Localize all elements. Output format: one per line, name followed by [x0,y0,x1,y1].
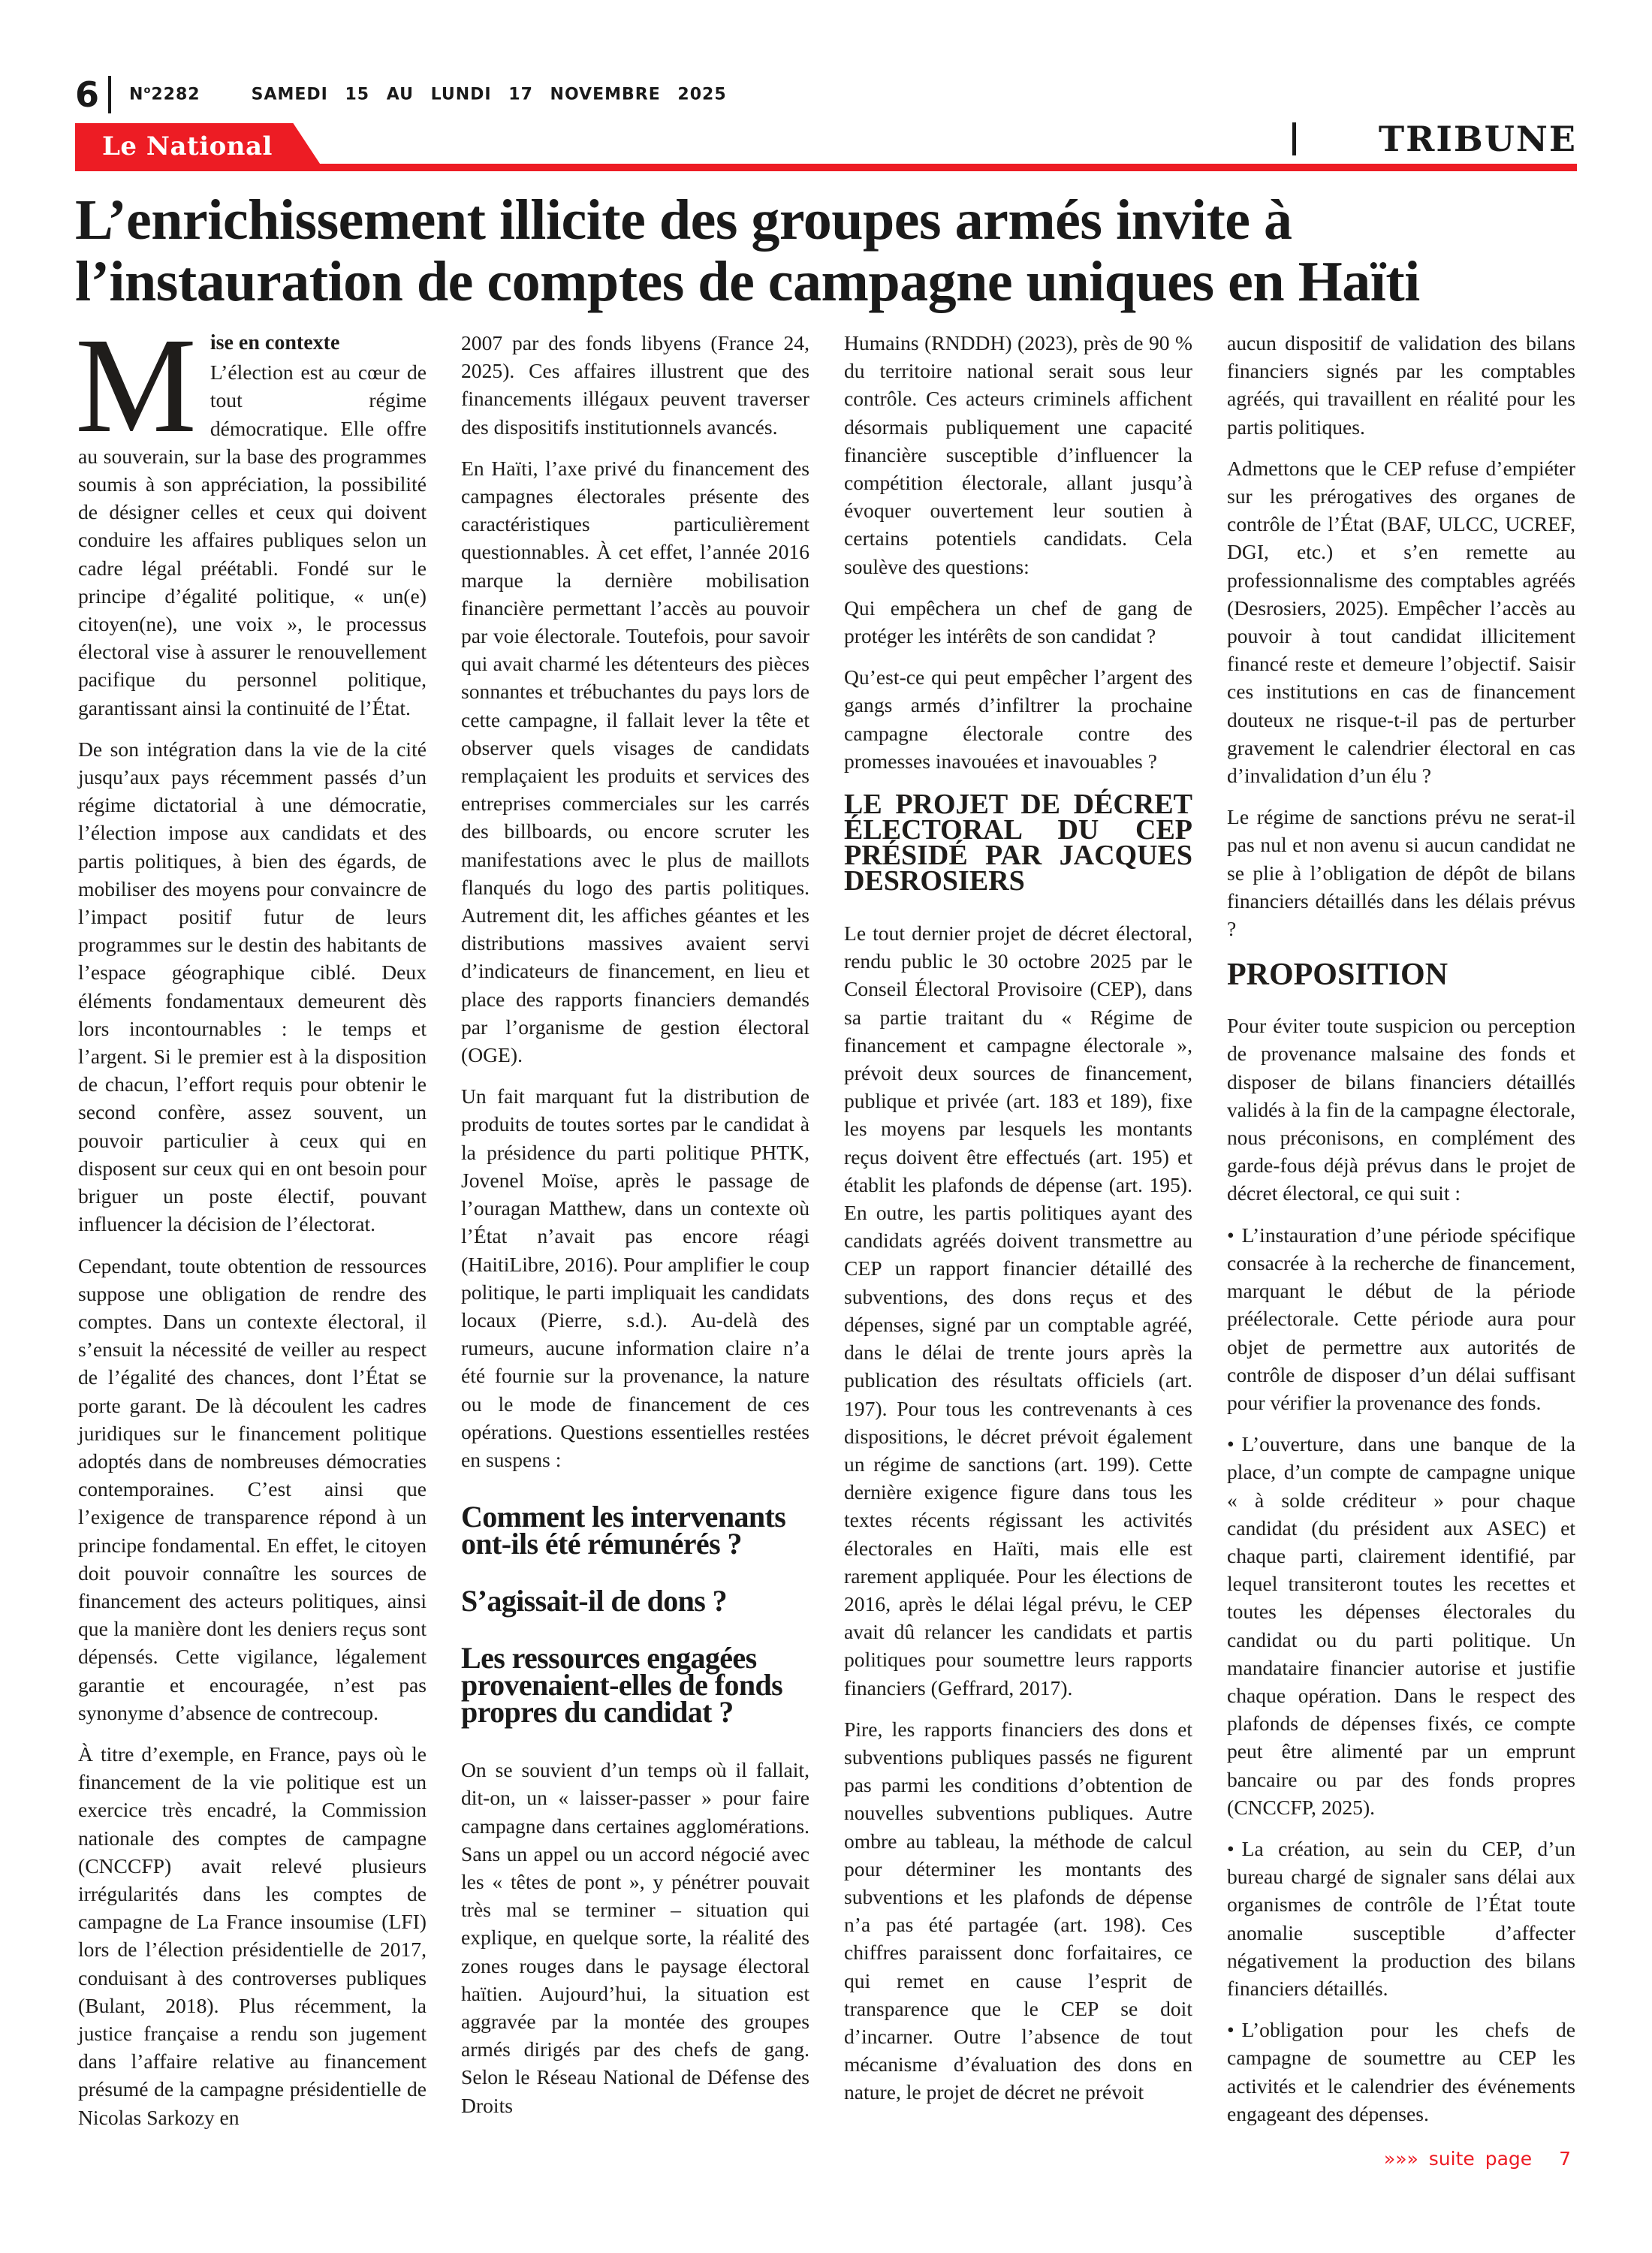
issue-prefix: N [129,86,143,104]
paragraph: Admettons que le CEP refuse d’empiéter s… [1227,454,1575,789]
column-2: 2007 par des fonds libyens (France 24, 2… [461,329,809,2145]
bullet-item: L’obligation pour les chefs de campagne … [1227,2016,1575,2128]
column-3: Humains (RNDDH) (2023), près de 90 % du … [844,329,1192,2145]
section-tab-label: Le National [102,131,273,161]
rubric-divider [1292,122,1296,155]
paragraph: On se souvient d’un temps où il fallait,… [461,1756,809,2119]
bullet-item: L’instauration d’une période spécifique … [1227,1221,1575,1416]
paragraph: aucun dispositif de validation des bilan… [1227,329,1575,441]
continued-link[interactable]: »»» suite page 7 [1384,2148,1571,2170]
folio: 6 No2282 SAMEDI 15 AU LUNDI 17 NOVEMBRE … [75,75,727,114]
page-number: 6 [75,77,99,112]
header-rule [75,164,1577,171]
bullet-item: La création, au sein du CEP, d’un bureau… [1227,1835,1575,2002]
rubric-name: TRIBUNE [1379,119,1577,159]
column-4: aucun dispositif de validation des bilan… [1227,329,1575,2145]
paragraph: Cependant, toute obtention de ressources… [78,1252,427,1727]
paragraph: Pour éviter toute suspicion ou perceptio… [1227,1012,1575,1207]
section-tab: Le National [75,123,323,168]
continued-arrows-icon: »»» [1384,2148,1418,2170]
paragraph: Le régime de sanctions prévu ne serat-il… [1227,803,1575,943]
issue-date: SAMEDI 15 AU LUNDI 17 NOVEMBRE 2025 [252,86,727,104]
continued-page: 7 [1559,2148,1571,2170]
paragraph: Pire, les rapports financiers des dons e… [844,1715,1192,2107]
continued-label: suite page [1429,2148,1532,2170]
issue-line: No2282 SAMEDI 15 AU LUNDI 17 NOVEMBRE 20… [129,85,727,104]
article-headline: L’enrichissement illicite des groupes ar… [75,189,1577,312]
paragraph: 2007 par des fonds libyens (France 24, 2… [461,329,809,441]
section-heading: PROPOSITION [1227,958,1575,992]
paragraph: Qu’est-ce qui peut empêcher l’argent des… [844,663,1192,775]
drop-cap: M [75,333,197,439]
bullet-item: L’ouverture, dans une banque de la place… [1227,1430,1575,1821]
column-1: M ise en contexte L’élection est au cœur… [78,329,427,2145]
paragraph: Le tout dernier projet de décret élector… [844,919,1192,1702]
issue-sup: o [143,85,151,96]
article-body: M ise en contexte L’élection est au cœur… [78,329,1577,2145]
paragraph: Humains (RNDDH) (2023), près de 90 % du … [844,329,1192,581]
section-heading: LE PROJET DE DÉCRET ÉLECTORAL DU CEP PRÉ… [844,792,1192,894]
question-subhead: S’agissait-il de dons ? [461,1588,809,1615]
paragraph: En Haïti, l’axe privé du financement des… [461,454,809,1069]
paragraph: De son intégration dans la vie de la cit… [78,735,427,1238]
issue-number: 2282 [151,86,200,104]
question-subhead: Les ressources engagées provenaient-elle… [461,1645,809,1726]
paragraph: Qui empêchera un chef de gang de protége… [844,594,1192,650]
paragraph: À titre d’exemple, en France, pays où le… [78,1740,427,2131]
paragraph: Un fait marquant fut la distribution de … [461,1082,809,1473]
question-subhead: Comment les intervenants ont-ils été rém… [461,1504,809,1558]
rubric: TRIBUNE [1292,119,1577,159]
folio-divider [108,76,111,113]
